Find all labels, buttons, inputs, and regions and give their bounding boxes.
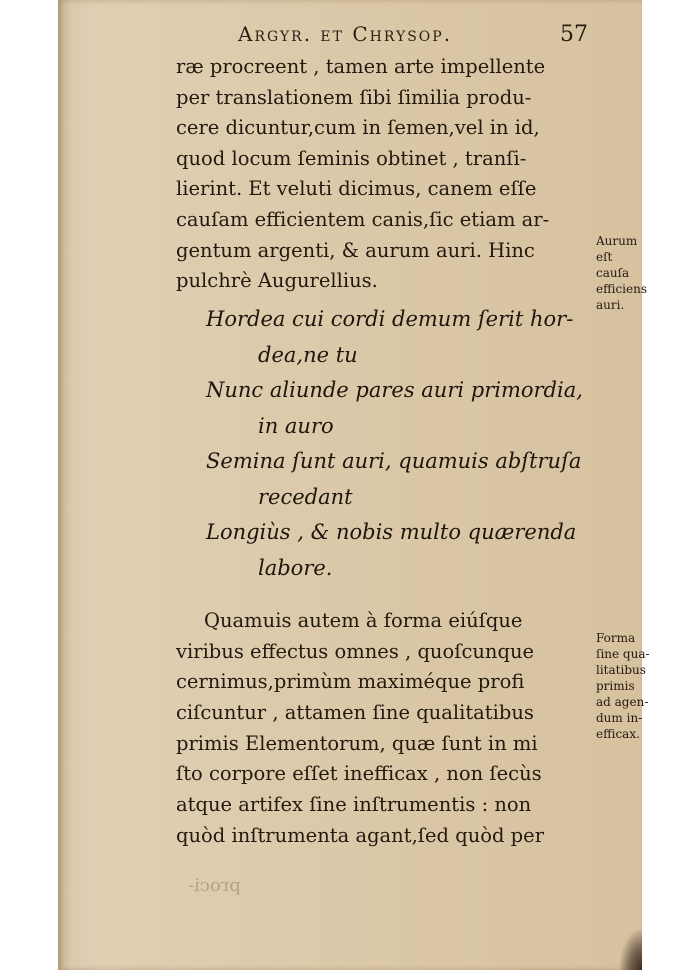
body-text-paragraph-2: Quamuis autem à forma eiúſque viribus ef… <box>176 606 596 852</box>
marginal-line: litatibus <box>596 662 674 678</box>
marginal-line: dum in- <box>596 710 674 726</box>
running-head: Argyr. et Chrysop. 57 <box>238 22 588 52</box>
marginal-note-forma: Forma ſine qua- litatibus primis ad agen… <box>596 630 674 742</box>
marginal-line: primis <box>596 678 674 694</box>
marginal-line: efficax. <box>596 726 674 742</box>
book-page: Argyr. et Chrysop. 57 ræ procreent , tam… <box>58 0 642 970</box>
bleed-through-catchword: proci- <box>188 875 241 896</box>
marginal-line: ad agen- <box>596 694 674 710</box>
text-line: atque artifex ſine inſtrumentis : non <box>176 790 596 821</box>
verse-line: Semina ſunt auri, quamuis abſtruſa <box>176 444 606 480</box>
text-line: primis Elementorum, quæ ſunt in mi <box>176 729 596 760</box>
page-number: 57 <box>560 22 588 47</box>
text-line: cernimus,primùm maximéque profi <box>176 667 596 698</box>
body-text-paragraph-1: ræ procreent , tamen arte impellente per… <box>176 52 596 297</box>
marginal-line: efficiens <box>596 281 647 297</box>
text-line: lierint. Et veluti dicimus, canem eſſe <box>176 174 596 205</box>
text-line: Quamuis autem à forma eiúſque <box>176 606 596 637</box>
marginal-note-aurum: Aurum eſt cauſa efficiens auri. <box>596 233 647 313</box>
text-line: pulchrè Augurellius. <box>176 266 596 297</box>
marginal-line: eſt cauſa <box>596 249 647 281</box>
text-line: gentum argenti, & aurum auri. Hinc <box>176 236 596 267</box>
marginal-line: ſine qua- <box>596 646 674 662</box>
verse-line: labore. <box>176 551 606 587</box>
text-line: quod locum ſeminis obtinet , tranſi- <box>176 144 596 175</box>
text-line: ſto corpore eſſet inefficax , non ſecùs <box>176 759 596 790</box>
text-line: ciſcuntur , attamen ſine qualitatibus <box>176 698 596 729</box>
text-line: quòd inſtrumenta agant,ſed quòd per <box>176 821 596 852</box>
verse-line: Longiùs , & nobis multo quærenda <box>176 515 606 551</box>
verse-line: recedant <box>176 480 606 516</box>
verse-line: Nunc aliunde pares auri primordia, <box>176 373 606 409</box>
text-line: cere dicuntur,cum in ſemen,vel in id, <box>176 113 596 144</box>
marginal-line: Aurum <box>596 233 647 249</box>
verse-line: Hordea cui cordi demum ſerit hor- <box>176 302 606 338</box>
text-line: ræ procreent , tamen arte impellente <box>176 52 596 83</box>
text-line: per translationem ſibi ſimilia produ- <box>176 83 596 114</box>
text-line: viribus effectus omnes , quoſcunque <box>176 637 596 668</box>
marginal-line: Forma <box>596 630 674 646</box>
running-title: Argyr. et Chrysop. <box>238 22 452 46</box>
verse-quotation: Hordea cui cordi demum ſerit hor- dea,ne… <box>176 302 606 586</box>
verse-line: in auro <box>176 409 606 445</box>
verse-line: dea,ne tu <box>176 338 606 374</box>
text-line: cauſam efficientem canis,ſic etiam ar- <box>176 205 596 236</box>
